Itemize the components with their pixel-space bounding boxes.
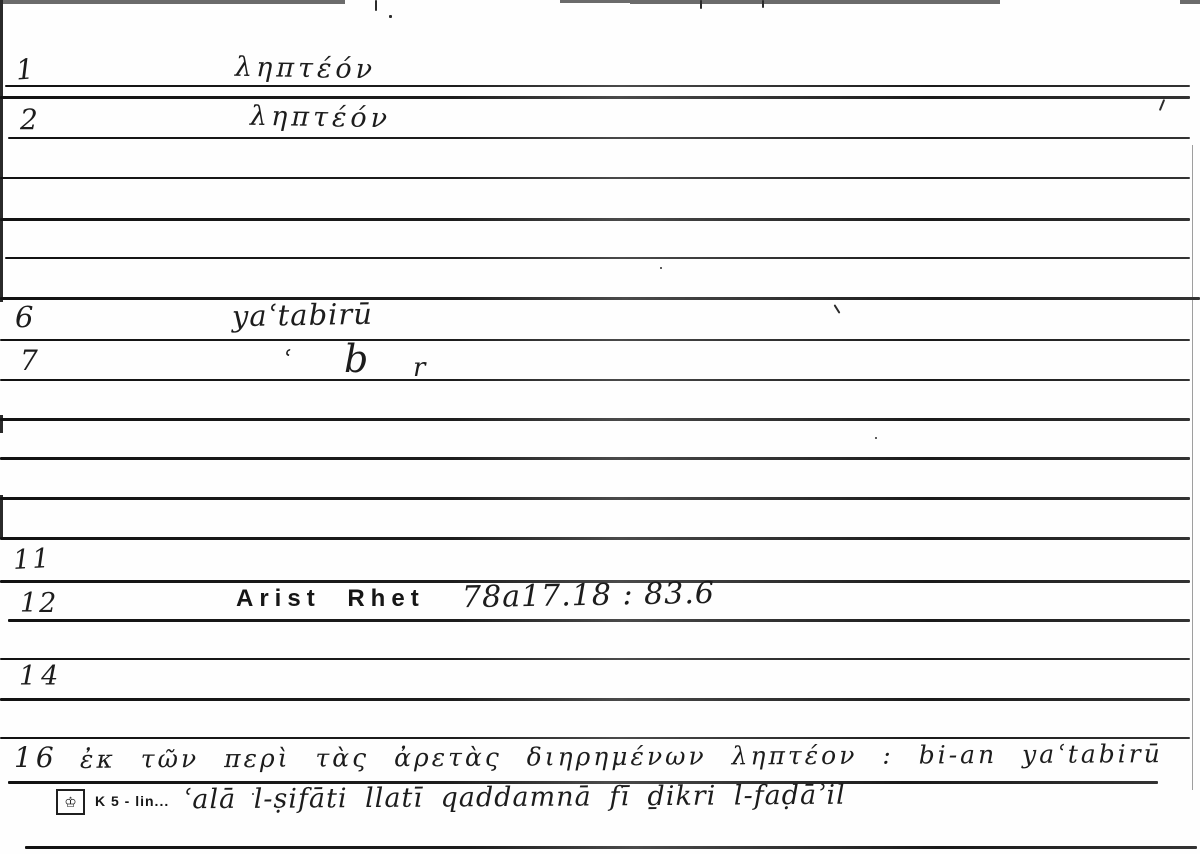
- rule-line: [0, 457, 1190, 460]
- scan-speck: [389, 15, 392, 18]
- left-border: [0, 495, 3, 538]
- bottom-border: [25, 846, 1197, 849]
- row-number-12: 12: [20, 590, 58, 617]
- scan-tick: [762, 0, 764, 8]
- top-border: [0, 0, 345, 4]
- rule-line: [0, 658, 1190, 660]
- row1-greek-word: ληπτέόν: [235, 54, 377, 83]
- right-border: [1192, 145, 1193, 790]
- stamp-box: ♔: [56, 789, 85, 815]
- rule-line: [5, 257, 1190, 259]
- row-number-2: 2: [20, 106, 40, 134]
- left-border: [0, 0, 3, 302]
- rule-line: [0, 537, 1190, 540]
- row-number-7: 7: [20, 347, 40, 375]
- scan-speck: [834, 304, 841, 314]
- scan-speck: [875, 437, 877, 439]
- row-number-11: 11: [12, 545, 52, 574]
- rule-line: [0, 379, 1190, 381]
- row6-transliteration: yaʿtabirū: [232, 300, 373, 331]
- rule-line: [0, 297, 1200, 300]
- row-number-16: 16: [14, 744, 58, 772]
- footer-stamp-code: K 5 - lin...: [95, 794, 169, 808]
- row16-greek-phrase: ἐκ τῶν περὶ τὰς ἀρετὰς διηρημένων ληπτέο…: [80, 741, 1163, 772]
- row-number-6: 6: [15, 303, 35, 332]
- row7-mark-r: r: [413, 355, 425, 381]
- rule-line: [8, 137, 1190, 139]
- row12-reference: 78a17.18 : 83.6: [462, 579, 715, 613]
- scan-speck: [1159, 99, 1165, 111]
- rule-line: [8, 619, 1190, 622]
- row12-printed-source: Arist Rhet: [236, 587, 425, 611]
- rule-line: [0, 497, 1190, 500]
- row-number-1: 1: [15, 55, 37, 84]
- rule-line: [5, 85, 1190, 87]
- top-border: [630, 0, 1000, 4]
- rule-line: [0, 96, 1190, 99]
- top-border: [1180, 0, 1200, 4]
- crown-stamp-icon: ♔: [64, 795, 77, 809]
- scan-tick: [700, 0, 702, 9]
- rule-line: [0, 177, 1190, 179]
- scan-tick: [375, 0, 377, 11]
- row7-mark-b: b: [344, 340, 368, 378]
- footer-transliteration: ʿalā l-ṣifāti llatī qaddamnā fī ḏikri l-…: [183, 782, 846, 814]
- rule-line: [0, 218, 1190, 221]
- scanned-index-card: 1 ληπτέόν 2 ληπτέόν 6 yaʿtabirū 7 ʿ b r …: [0, 0, 1200, 854]
- rule-line: [0, 737, 1190, 739]
- rule-line: [0, 698, 1190, 701]
- scan-speck: [660, 267, 662, 269]
- row-number-14: 14: [19, 663, 63, 690]
- row7-mark-ain: ʿ: [283, 348, 291, 374]
- row2-greek-word: ληπτέόν: [250, 103, 392, 132]
- rule-line: [0, 339, 1190, 341]
- rule-line: [0, 418, 1190, 421]
